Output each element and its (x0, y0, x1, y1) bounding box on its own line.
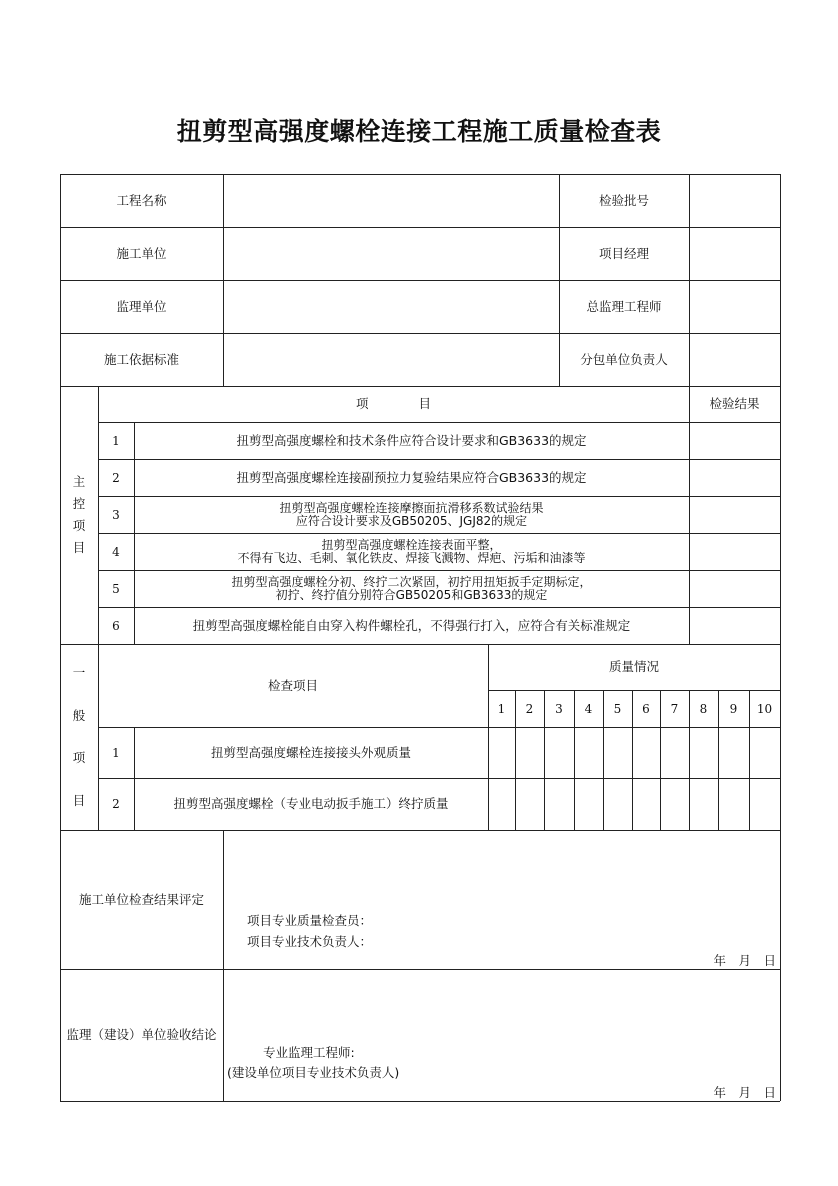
quality-column-number: 7 (660, 690, 689, 727)
grid-line (632, 690, 633, 830)
item-number: 1 (98, 422, 134, 459)
form-title: 扭剪型高强度螺栓连接工程施工质量检查表 (0, 112, 838, 148)
grid-line (98, 607, 780, 608)
field-value-input[interactable] (223, 333, 559, 386)
section-label-char: 项 (73, 751, 86, 765)
main-item-column-header: 项 目 (98, 386, 689, 422)
section-label-char: 目 (73, 541, 86, 555)
section-label-char: 主 (73, 475, 86, 489)
grid-line (98, 533, 780, 534)
item-text-line: 扭剪型高强度螺栓连接表面平整， (321, 539, 501, 552)
construction-date: 年 月 日 (713, 951, 776, 969)
field-label: 工程名称 (60, 174, 223, 227)
item-text-line: 不得有飞边、毛刺、氧化铁皮、焊接飞溅物、焊疤、污垢和油漆等 (237, 552, 585, 565)
grid-line (98, 496, 780, 497)
quality-column-number: 2 (515, 690, 544, 727)
field-label: 施工单位 (60, 227, 223, 280)
quality-check-cell[interactable] (632, 778, 660, 830)
quality-check-cell[interactable] (515, 727, 544, 778)
field-label: 项目经理 (559, 227, 689, 280)
field-label: 分包单位负责人 (559, 333, 689, 386)
supervision-engineer-label: 专业监理工程师: (263, 1043, 355, 1061)
field-label: 监理单位 (60, 280, 223, 333)
field-value-input[interactable] (689, 227, 780, 280)
grid-line (749, 690, 750, 830)
grid-line (718, 690, 719, 830)
supervision-date: 年 月 日 (713, 1083, 776, 1101)
grid-line (488, 644, 489, 830)
field-value-input[interactable] (223, 174, 559, 227)
general-section-label: 一般项目 (60, 644, 98, 830)
main-control-item-text: 扭剪型高强度螺栓分初、终拧二次紧固，初拧用扭矩扳手定期标定，初拧、终拧值分别符合… (134, 570, 689, 607)
main-control-item-text: 扭剪型高强度螺栓连接副预拉力复验结果应符合GB3633的规定 (134, 459, 689, 496)
quality-check-cell[interactable] (718, 778, 749, 830)
grid-line (689, 690, 690, 830)
quality-column-number: 9 (718, 690, 749, 727)
grid-line (98, 459, 780, 460)
grid-line (60, 1101, 780, 1102)
result-input[interactable] (689, 422, 780, 459)
grid-line (98, 422, 780, 423)
quality-column-number: 1 (488, 690, 515, 727)
quality-check-cell[interactable] (718, 727, 749, 778)
item-text-line: 扭剪型高强度螺栓连接副预拉力复验结果应符合GB3633的规定 (236, 471, 586, 485)
item-text-line: 扭剪型高强度螺栓连接摩擦面抗滑移系数试验结果 (279, 502, 543, 515)
item-number: 2 (98, 459, 134, 496)
result-column-header: 检验结果 (689, 386, 780, 422)
field-value-input[interactable] (223, 280, 559, 333)
quality-check-cell[interactable] (544, 727, 574, 778)
quality-check-cell[interactable] (488, 778, 515, 830)
main-control-item-text: 扭剪型高强度螺栓连接表面平整，不得有飞边、毛刺、氧化铁皮、焊接飞溅物、焊疤、污垢… (134, 533, 689, 570)
quality-check-cell[interactable] (544, 778, 574, 830)
main-control-section-label: 主控项目 (60, 386, 98, 644)
field-value-input[interactable] (223, 227, 559, 280)
grid-line (98, 644, 99, 830)
section-label-char: 般 (73, 709, 86, 723)
grid-line (60, 969, 780, 970)
grid-line (223, 830, 224, 1101)
grid-line (603, 690, 604, 830)
grid-line (60, 174, 61, 1101)
construction-quality-inspector-label: 项目专业质量检查员： (247, 911, 372, 929)
item-text-line: 扭剪型高强度螺栓和技术条件应符合设计要求和GB3633的规定 (236, 434, 586, 448)
owner-tech-lead-label: (建设单位项目专业技术负责人) (227, 1063, 399, 1081)
item-text-line: 应符合设计要求及GB50205、JGJ82的规定 (296, 515, 527, 528)
section-label-char: 项 (73, 519, 86, 533)
quality-column-number: 5 (603, 690, 632, 727)
section-label-char: 控 (73, 497, 86, 511)
item-number: 2 (98, 778, 134, 830)
result-input[interactable] (689, 459, 780, 496)
quality-column-header: 质量情况 (488, 644, 780, 690)
general-item-text: 扭剪型高强度螺栓连接接头外观质量 (134, 727, 488, 778)
grid-line (60, 227, 780, 228)
item-text-line: 扭剪型高强度螺栓能自由穿入构件螺栓孔，不得强行打入，应符合有关标准规定 (193, 619, 631, 633)
grid-line (559, 174, 560, 386)
quality-check-cell[interactable] (488, 727, 515, 778)
field-label: 施工依据标准 (60, 333, 223, 386)
grid-line (98, 570, 780, 571)
result-input[interactable] (689, 607, 780, 644)
item-text-line: 扭剪型高强度螺栓分初、终拧二次紧固，初拧用扭矩扳手定期标定， (231, 576, 591, 589)
grid-line (660, 690, 661, 830)
field-value-input[interactable] (689, 333, 780, 386)
quality-check-cell[interactable] (689, 727, 718, 778)
quality-column-number: 10 (749, 690, 780, 727)
quality-check-cell[interactable] (515, 778, 544, 830)
grid-line (134, 727, 135, 830)
quality-check-cell[interactable] (574, 778, 603, 830)
item-number: 1 (98, 727, 134, 778)
quality-column-number: 4 (574, 690, 603, 727)
result-input[interactable] (689, 533, 780, 570)
item-number: 4 (98, 533, 134, 570)
field-label: 总监理工程师 (559, 280, 689, 333)
field-value-input[interactable] (689, 174, 780, 227)
result-input[interactable] (689, 496, 780, 533)
quality-check-cell[interactable] (632, 727, 660, 778)
item-number: 6 (98, 607, 134, 644)
grid-line (98, 727, 780, 728)
construction-eval-label: 施工单位检查结果评定 (60, 830, 223, 969)
grid-line (574, 690, 575, 830)
grid-line (544, 690, 545, 830)
grid-line (515, 690, 516, 830)
grid-line (98, 778, 780, 779)
grid-line (60, 280, 780, 281)
main-control-item-text: 扭剪型高强度螺栓连接摩擦面抗滑移系数试验结果应符合设计要求及GB50205、JG… (134, 496, 689, 533)
supervision-eval-area[interactable] (223, 969, 780, 1101)
grid-line (780, 174, 781, 1101)
grid-line (60, 174, 780, 175)
grid-line (60, 333, 780, 334)
grid-line (98, 386, 99, 644)
quality-check-cell[interactable] (603, 727, 632, 778)
construction-tech-lead-label: 项目专业技术负责人： (247, 932, 372, 950)
section-label-char: 一 (73, 666, 86, 680)
quality-column-number: 3 (544, 690, 574, 727)
item-text-line: 初拧、终拧值分别符合GB50205和GB3633的规定 (276, 589, 548, 602)
grid-line (689, 386, 690, 644)
item-number: 5 (98, 570, 134, 607)
item-number: 3 (98, 496, 134, 533)
main-control-item-text: 扭剪型高强度螺栓能自由穿入构件螺栓孔，不得强行打入，应符合有关标准规定 (134, 607, 689, 644)
quality-check-cell[interactable] (603, 778, 632, 830)
quality-column-number: 8 (689, 690, 718, 727)
section-label-char: 目 (73, 794, 86, 808)
quality-check-cell[interactable] (574, 727, 603, 778)
main-control-item-text: 扭剪型高强度螺栓和技术条件应符合设计要求和GB3633的规定 (134, 422, 689, 459)
field-label: 检验批号 (559, 174, 689, 227)
supervision-eval-label: 监理（建设）单位验收结论 (60, 969, 223, 1101)
quality-check-cell[interactable] (660, 727, 689, 778)
grid-line (488, 690, 780, 691)
quality-check-cell[interactable] (689, 778, 718, 830)
general-item-text: 扭剪型高强度螺栓（专业电动扳手施工）终拧质量 (134, 778, 488, 830)
quality-column-number: 6 (632, 690, 660, 727)
quality-check-cell[interactable] (749, 778, 780, 830)
quality-check-cell[interactable] (660, 778, 689, 830)
field-value-input[interactable] (689, 280, 780, 333)
result-input[interactable] (689, 570, 780, 607)
grid-line (689, 174, 690, 386)
grid-line (223, 174, 224, 386)
check-item-column-header: 检查项目 (98, 644, 488, 727)
grid-line (134, 422, 135, 644)
grid-line (60, 386, 780, 387)
quality-check-cell[interactable] (749, 727, 780, 778)
